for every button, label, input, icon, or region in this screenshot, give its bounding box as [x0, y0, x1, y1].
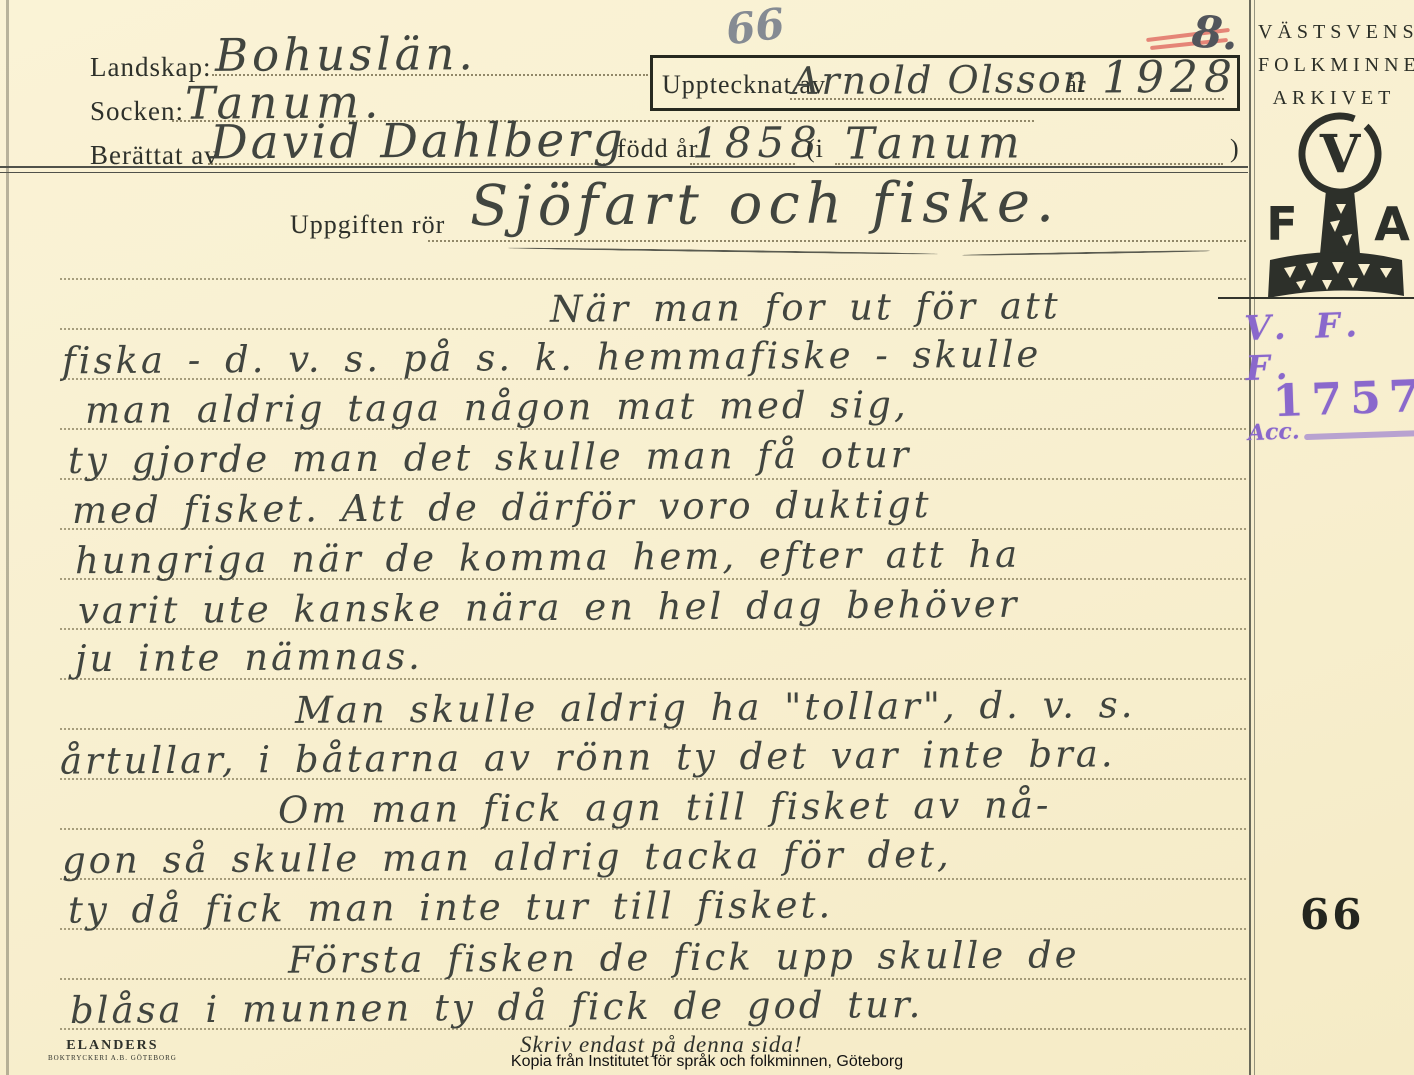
logo-letter-f: F: [1266, 197, 1297, 251]
archive-name: VÄSTSVENSKA FOLKMINNES ARKIVET: [1258, 16, 1410, 115]
handwritten-line: hungriga när de komma hem, efter att ha: [75, 533, 1020, 583]
margin-divider-line: [1254, 0, 1255, 1075]
handwritten-line: När man for ut för att: [550, 284, 1061, 331]
logo-baseline: [1218, 297, 1414, 299]
hand-underline: [508, 247, 938, 255]
recorded-by-name: Arnold Olsson: [792, 57, 1089, 103]
subject-label: Uppgiften rör: [290, 210, 445, 240]
handwritten-line: varit ute kanske nära en hel dag behöver: [78, 583, 1020, 633]
born-year-label: född år: [617, 134, 698, 164]
born-year-value: 1858: [692, 118, 823, 168]
handwritten-line: med fisket. Att de därför voro duktigt: [72, 483, 932, 532]
archive-name-line: VÄSTSVENSKA: [1258, 16, 1410, 49]
handwritten-line: ju inte nämnas.: [75, 635, 423, 680]
handwritten-line: blåsa i munnen ty då fick de god tur.: [70, 983, 924, 1032]
born-place-paren-open: (i: [806, 134, 824, 164]
born-place-value: Tanum: [845, 117, 1026, 169]
page-edge-line: [6, 0, 9, 1075]
copy-caption: Kopia från Institutet för språk och folk…: [0, 1053, 1414, 1071]
born-place-paren-close: ): [1230, 134, 1240, 164]
handwritten-line: man aldrig taga någon mat med sig,: [85, 383, 909, 432]
handwritten-line: ty då fick man inte tur till fisket.: [68, 883, 833, 931]
printer-name: ELANDERS: [48, 1038, 177, 1054]
margin-divider-line: [1249, 0, 1251, 1075]
pencil-number-corner: 8.: [1190, 6, 1239, 60]
handwritten-line: Om man fick agn till fisket av nå-: [278, 783, 1052, 831]
logo-letter-v: V: [1319, 124, 1362, 185]
archive-card-page: Landskap: Bohuslän. Socken: Tanum. Berät…: [0, 0, 1414, 1075]
field-value-berattat-av: David Dahlberg: [210, 113, 626, 171]
accession-stamp: V. F. F. 1757 Acc.: [1244, 303, 1414, 446]
stamp-acc-line: [1304, 430, 1414, 440]
handwritten-line: fiska - d. v. s. på s. k. hemmafiske - s…: [62, 333, 1042, 383]
ruled-line: [428, 240, 1246, 242]
logo-letter-a: A: [1374, 197, 1410, 251]
archive-name-line: FOLKMINNES: [1258, 49, 1410, 82]
field-label-socken: Socken:: [90, 96, 184, 127]
stamp-acc-label: Acc.: [1248, 418, 1300, 446]
pencil-number-top: 66: [723, 0, 787, 54]
handwritten-line: årtullar, i båtarna av rönn ty det var i…: [60, 732, 1116, 782]
vfa-logo: V F A: [1262, 108, 1410, 313]
handwritten-line: Man skulle aldrig ha "tollar", d. v. s.: [295, 683, 1136, 732]
separator-line: [0, 166, 1248, 168]
ruled-line: [60, 278, 1246, 280]
handwritten-line: gon så skulle man aldrig tacka för det,: [62, 833, 952, 882]
thor-hammer-icon: V F A: [1262, 108, 1410, 308]
handwritten-line: Första fisken de fick upp skulle de: [288, 933, 1080, 982]
field-value-landskap: Bohuslän.: [215, 27, 477, 82]
page-number-stamp: 66: [1300, 890, 1364, 939]
subject-value: Sjöfart och fiske.: [470, 170, 1060, 239]
handwritten-line: ty gjorde man det skulle man få otur: [68, 433, 912, 482]
recorded-year-label: år: [1066, 72, 1087, 99]
hand-underline: [962, 250, 1210, 256]
